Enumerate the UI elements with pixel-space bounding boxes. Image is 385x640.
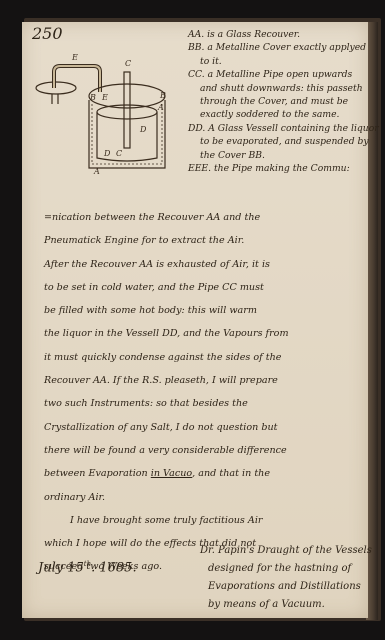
legend-line: AA. is a Glass Recouver. bbox=[188, 28, 379, 41]
label-c-top: C bbox=[125, 59, 131, 68]
in-vacuo-underlined: in Vacuo bbox=[151, 468, 192, 479]
body-line: it must quickly condense against the sid… bbox=[44, 346, 289, 369]
figure-caption: Dr. Papin's Draught of the Vessels desig… bbox=[200, 542, 372, 614]
body-line: Pneumatick Engine for to extract the Air… bbox=[44, 229, 289, 252]
manuscript-page: 250 E C B E B A D D C A AA. is a Gl bbox=[22, 22, 368, 618]
body-line: Crystallization of any Salt, I do not qu… bbox=[44, 416, 289, 439]
label-d-bottom: D bbox=[103, 149, 111, 158]
legend-line: through the Cover, and must be bbox=[188, 95, 379, 108]
legend-line: CC. a Metalline Pipe open upwards bbox=[188, 68, 379, 81]
caption-line: by means of a Vacuum. bbox=[200, 596, 372, 614]
body-line: between Evaporation in Vacuo, and that i… bbox=[44, 462, 289, 485]
legend-line: exactly soddered to the same. bbox=[188, 108, 379, 121]
body-line: two such Instruments: so that besides th… bbox=[44, 392, 289, 415]
body-text: =nication between the Recouver AA and th… bbox=[44, 206, 289, 579]
legend-line: and shutt downwards: this passeth bbox=[188, 82, 379, 95]
label-e-cover: E bbox=[101, 93, 108, 102]
body-line: be filled with some hot body: this will … bbox=[44, 299, 289, 322]
label-e-top: E bbox=[71, 53, 78, 62]
label-d-right: D bbox=[139, 125, 147, 134]
body-line: there will be found a very considerable … bbox=[44, 439, 289, 462]
body-line: After the Recouver AA is exhausted of Ai… bbox=[44, 253, 289, 276]
body-line: to be set in cold water, and the Pipe CC… bbox=[44, 276, 289, 299]
body-line: I have brought some truly factitious Air bbox=[44, 509, 289, 532]
legend-line: to it. bbox=[188, 55, 379, 68]
label-a-top: A bbox=[157, 103, 164, 112]
legend-line: the Cover BB. bbox=[188, 149, 379, 162]
body-line: =nication between the Recouver AA and th… bbox=[44, 206, 289, 229]
caption-line: Evaporations and Distillations bbox=[200, 578, 372, 596]
label-b-left: B bbox=[89, 93, 96, 102]
label-c-bottom: C bbox=[116, 149, 122, 158]
body-line: the liquor in the Vessell DD, and the Va… bbox=[44, 322, 289, 345]
label-a-bottom: A bbox=[93, 167, 100, 176]
caption-line: designed for the hastning of bbox=[200, 560, 372, 578]
legend-line: to be evaporated, and suspended by bbox=[188, 135, 379, 148]
date: July 15th. 1685. bbox=[38, 560, 137, 575]
figure-legend: AA. is a Glass Recouver. BB. a Metalline… bbox=[188, 28, 379, 175]
body-line: ordinary Air. bbox=[44, 486, 289, 509]
legend-line: BB. a Metalline Cover exactly applyed bbox=[188, 41, 379, 54]
apparatus-diagram: E C B E B A D D C A bbox=[28, 40, 188, 180]
body-line: Recouver AA. If the R.S. pleaseth, I wil… bbox=[44, 369, 289, 392]
caption-line: Dr. Papin's Draught of the Vessels bbox=[200, 542, 372, 560]
label-b-right: B bbox=[159, 91, 166, 100]
legend-line: EEE. the Pipe making the Commu: bbox=[188, 162, 379, 175]
legend-line: DD. A Glass Vessell containing the liquo… bbox=[188, 122, 379, 135]
